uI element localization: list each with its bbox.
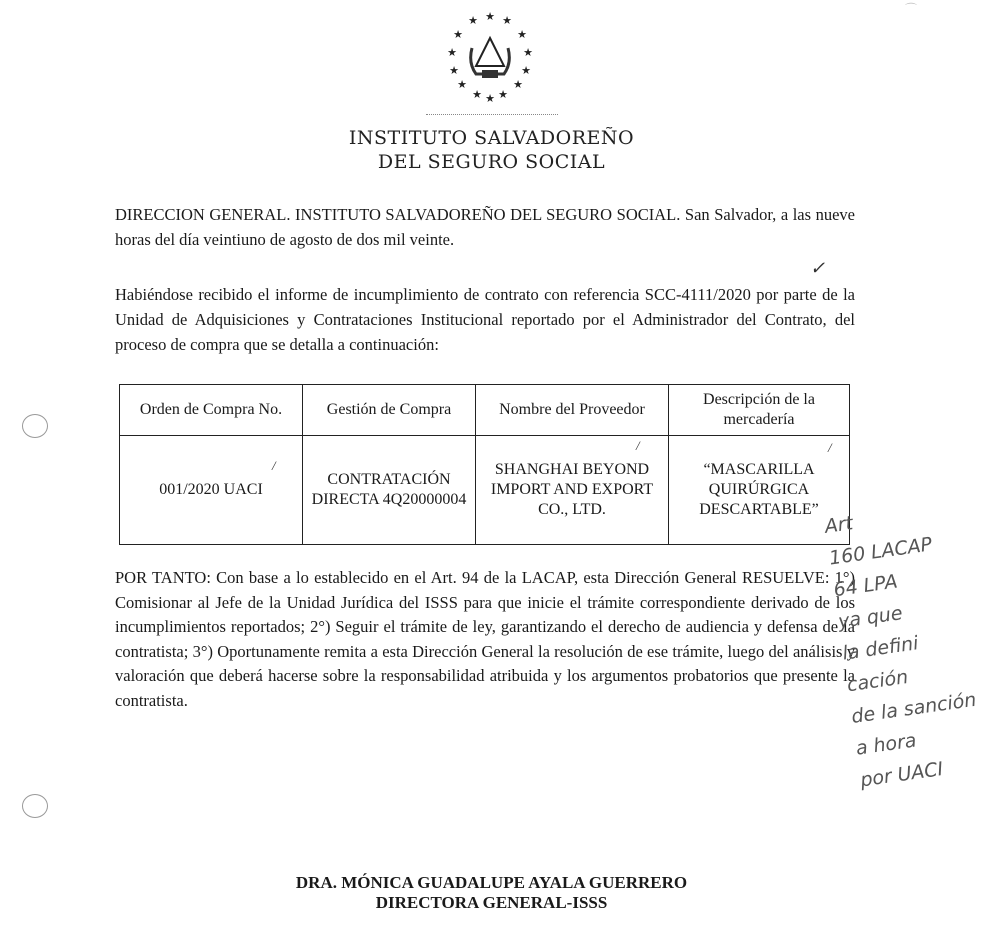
coat-of-arms-emblem-icon: ★ ★★ ★★ ★★ ★★ ★★ ★★ ★ — [440, 8, 540, 103]
cell-description: “MASCARILLA QUIRÚRGICA DESCARTABLE” — [669, 436, 850, 545]
table-header-row: Orden de Compra No. Gestión de Compra No… — [120, 385, 850, 436]
table-row: 001/2020 UACI CONTRATACIÓN DIRECTA 4Q200… — [120, 436, 850, 545]
resolution-paragraph: POR TANTO: Con base a lo establecido en … — [115, 566, 855, 713]
tick-mark-icon: / — [828, 440, 832, 456]
header-order-number: Orden de Compra No. — [120, 385, 303, 436]
header-description: Descripción de la mercadería — [669, 385, 850, 436]
signatory-title: DIRECTORA GENERAL-ISSS — [0, 892, 983, 913]
svg-text:★: ★ — [453, 28, 463, 41]
svg-text:★: ★ — [502, 14, 512, 27]
signatory-name: DRA. MÓNICA GUADALUPE AYALA GUERRERO — [0, 872, 983, 893]
svg-text:★: ★ — [468, 14, 478, 27]
institution-name-line2: DEL SEGURO SOCIAL — [0, 151, 983, 173]
punch-hole — [22, 414, 48, 438]
svg-text:★: ★ — [498, 88, 508, 101]
cell-order-number: 001/2020 UACI — [120, 436, 303, 545]
svg-text:★: ★ — [472, 88, 482, 101]
tick-mark-icon: / — [272, 458, 276, 474]
heading-paragraph: DIRECCION GENERAL. INSTITUTO SALVADOREÑO… — [115, 202, 855, 252]
purchase-order-table: Orden de Compra No. Gestión de Compra No… — [119, 384, 850, 545]
handwritten-annotation: Art 160 LACAP 64 LPA ya que la defini ca… — [823, 492, 983, 797]
institution-name-line1: INSTITUTO SALVADOREÑO — [0, 127, 983, 149]
cell-procurement: CONTRATACIÓN DIRECTA 4Q20000004 — [303, 436, 476, 545]
svg-text:★: ★ — [449, 64, 459, 77]
header-supplier: Nombre del Proveedor — [476, 385, 669, 436]
svg-text:★: ★ — [523, 46, 533, 59]
report-paragraph: Habiéndose recibido el informe de incump… — [115, 282, 855, 357]
svg-text:★: ★ — [521, 64, 531, 77]
svg-text:★: ★ — [447, 46, 457, 59]
tick-mark-icon: / — [636, 438, 640, 454]
punch-hole — [22, 794, 48, 818]
svg-text:★: ★ — [485, 92, 495, 103]
corner-pencil-mark: ⌒ — [905, 0, 917, 17]
svg-text:★: ★ — [457, 78, 467, 91]
svg-text:★: ★ — [485, 10, 495, 23]
checkmark-icon: ✓ — [810, 258, 825, 279]
header-procurement: Gestión de Compra — [303, 385, 476, 436]
emblem-divider — [426, 114, 558, 115]
svg-text:★: ★ — [513, 78, 523, 91]
svg-text:★: ★ — [517, 28, 527, 41]
